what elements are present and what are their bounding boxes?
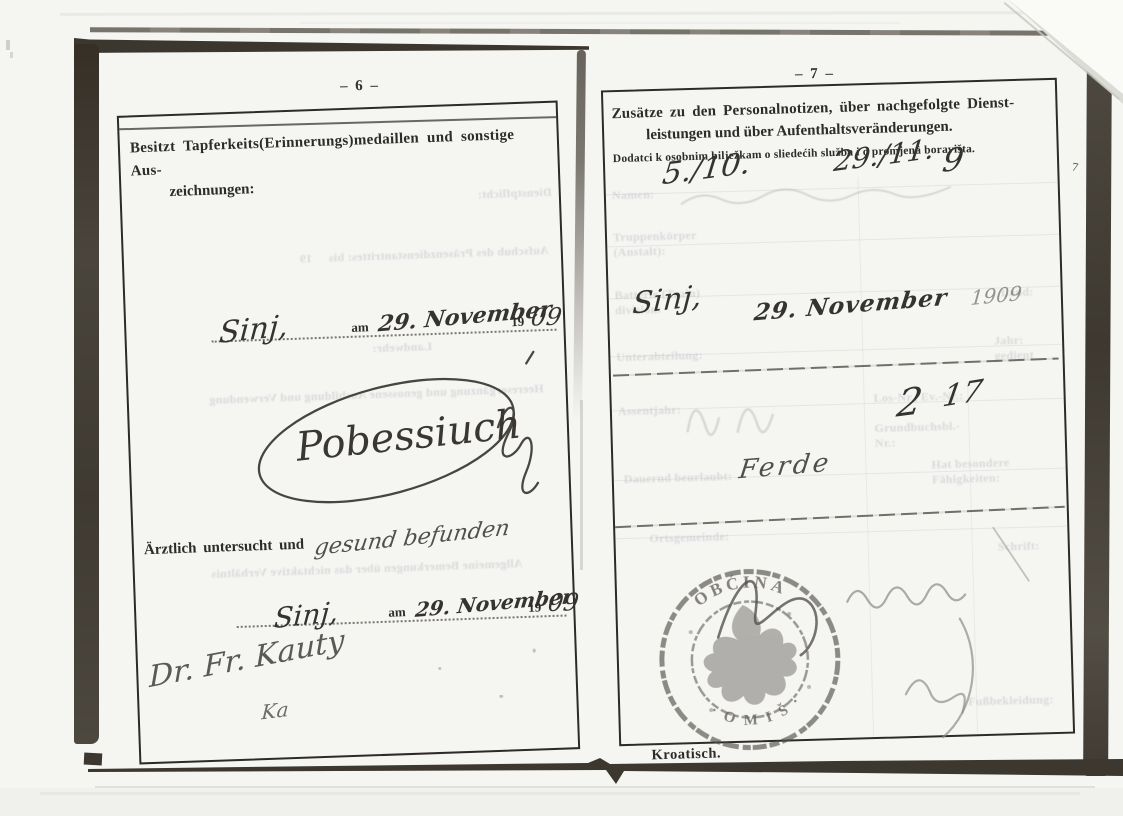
date1-year-printed: 19 — [511, 314, 525, 330]
page-edge-mark: 7 — [1071, 160, 1080, 176]
date2-year-handwriting: 09 — [546, 588, 580, 617]
amount-1-handwriting: 2 — [894, 378, 925, 425]
date1-am-label: am — [351, 319, 369, 336]
ghost-aufschub-year: 19 — [299, 251, 312, 265]
ghost-label-faehigkeiten: Hat besondere Fähigkeiten: — [931, 454, 1042, 487]
book-edge-top-line — [90, 27, 1065, 35]
book-edge-bottom-echo — [95, 786, 1095, 788]
date-handwriting: 29. November — [752, 284, 949, 326]
scanned-document: – 6 – Besitzt Tapferkeits(Erinnerungs)me… — [0, 0, 1123, 816]
book-edge-right-band — [1083, 58, 1112, 776]
paper-fleck — [10, 52, 13, 58]
medical-label: Ärztlich untersucht und — [144, 537, 305, 559]
ghost-aufschub: Aufschub des Präsenzdienstantrittes: bis… — [139, 243, 549, 272]
year-handwriting-faint: 1909 — [970, 281, 1023, 310]
medical-line: Ärztlich untersucht und gesund befunden — [143, 522, 509, 560]
ink-speck — [499, 695, 503, 698]
book-spine-shadow — [573, 50, 586, 420]
signature-tick — [526, 352, 534, 364]
right-page-box: Zusätze zu den Personalnotizen, über nac… — [601, 78, 1075, 746]
paper-edge-streak-top — [60, 11, 1050, 16]
date-line-2: Sinj, am 29. November 19 09 — [235, 575, 566, 628]
doctor-signature-initials: Ka — [261, 697, 289, 724]
date1-year-handwriting: 09 — [529, 302, 563, 331]
left-page-number: – 6 – — [300, 77, 420, 96]
date1-place-handwriting: Sinj, — [218, 309, 289, 351]
paper-fleck — [6, 40, 10, 50]
main-signature-flourish: Pobessiuch — [237, 337, 573, 538]
date1-date-handwriting: 29. November — [377, 296, 553, 337]
amount-2-handwriting: 17 — [940, 373, 985, 414]
ghost-label-unterabteilung: Unterabteilung: — [616, 346, 766, 365]
paper-edge-streak-bottom2 — [40, 792, 1080, 795]
word-handwriting: Ferde — [737, 448, 833, 485]
book-spine-shadow-faint — [580, 400, 583, 570]
municipal-stamp: OBĆINA · O M I Š · — [643, 553, 856, 766]
book-edge-bottom-start — [84, 753, 103, 766]
date2-am-label: am — [388, 604, 406, 621]
ink-speck — [438, 667, 441, 670]
ghost-label-truppenkoerper: Truppenkörper (Anstalt): — [613, 227, 739, 260]
footer-language-label: Kroatisch. — [651, 745, 721, 764]
ghost-label-grundbuch: Grundbuchsbl.-Nr.: — [874, 418, 975, 451]
book-edge-left-band — [74, 44, 99, 744]
left-page-box: Besitzt Tapferkeits(Erinnerungs)medaille… — [117, 101, 580, 765]
date-line-1: Sinj, am 29. November 19 09 — [210, 289, 556, 343]
right-page-number: – 7 – — [760, 65, 870, 84]
book-edge-top-thick — [74, 38, 589, 53]
paper-edge-streak-top2 — [300, 22, 900, 24]
ink-speck — [533, 649, 536, 653]
signature-text: Pobessiuch — [293, 401, 523, 470]
date2-year-printed: 19 — [528, 599, 542, 615]
ghost-dienstpflicht: Dienstpflicht: — [422, 185, 552, 205]
doctor-signature: Dr. Fr. Kauty — [149, 623, 345, 695]
ghost-aufschub-text: Aufschub des Präsenzdienstantrittes: bis — [328, 243, 549, 265]
pencil-ghost-strokes — [666, 379, 808, 443]
